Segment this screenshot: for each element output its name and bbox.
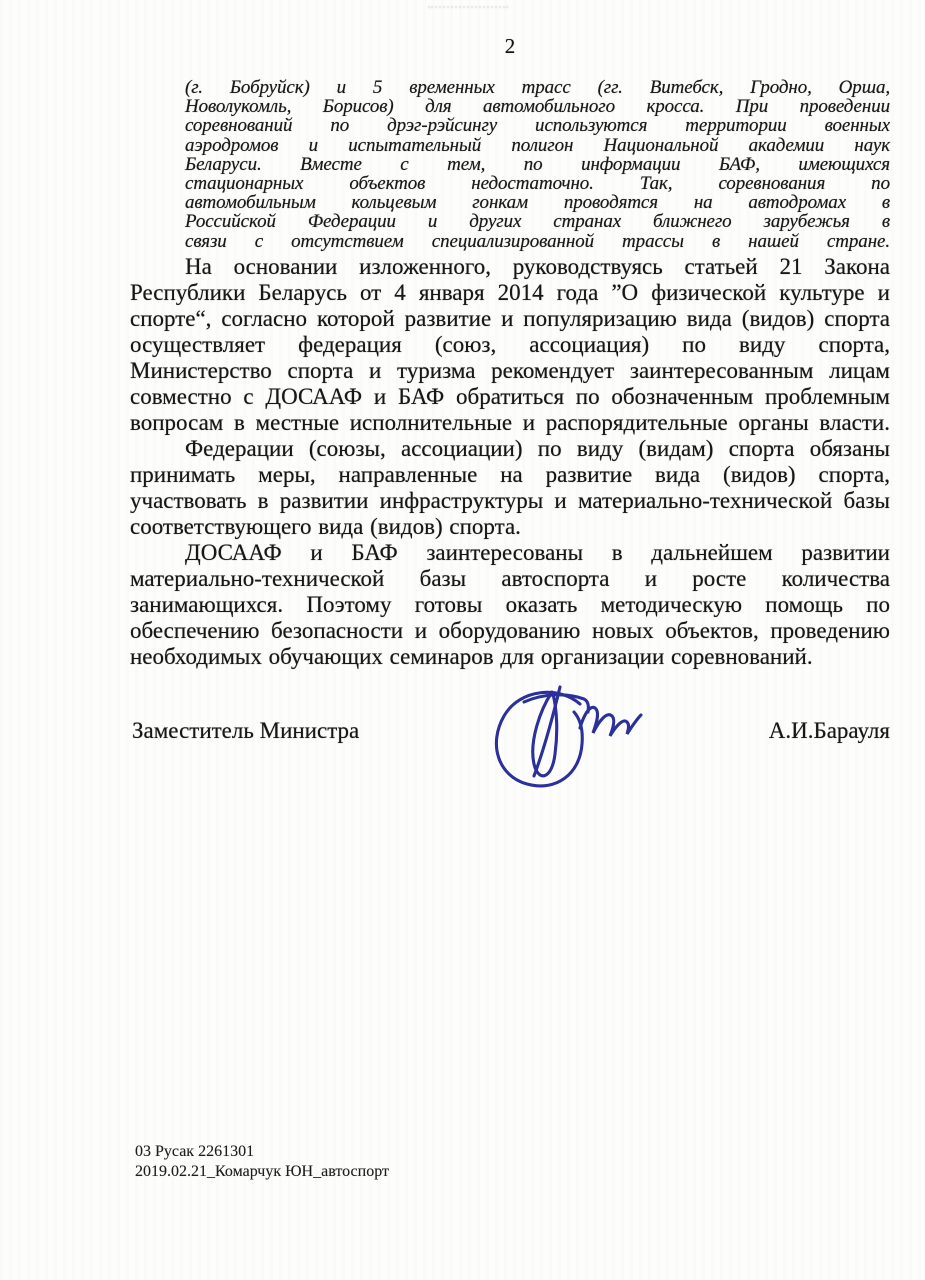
body-text-line: принимать меры, направленные на развитие… xyxy=(130,462,890,488)
paragraph-legal-basis: На основании изложенного, руководствуясь… xyxy=(130,254,890,436)
quote-text-line: Российской Федерации и других странах бл… xyxy=(185,212,890,231)
quote-text-line: автомобильным кольцевым гонкам проводятс… xyxy=(185,193,890,212)
quote-text-line: соревнований по дрэг-рэйсингу используют… xyxy=(185,116,890,135)
scanned-letter-page: 2 (г. Бобруйск) и 5 временных трасс (гг.… xyxy=(0,0,925,1280)
quote-text-line: Новолукомль, Борисов) для автомобильного… xyxy=(185,97,890,116)
body-text-line: необходимых обучающих семинаров для орга… xyxy=(130,644,890,670)
body-text-line: материально-технической базы автоспорта … xyxy=(130,566,890,592)
paragraph-dosaaf-baf: ДОСААФ и БАФ заинтересованы в дальнейшем… xyxy=(130,540,890,670)
body-text-line: На основании изложенного, руководствуясь… xyxy=(130,254,890,280)
signer-name: А.И.Барауля xyxy=(769,718,890,744)
quote-text-line: стационарных объектов недостаточно. Так,… xyxy=(185,174,890,193)
quote-text-line: связи с отсутствием специализированной т… xyxy=(185,232,890,251)
body-text-line: Федерации (союзы, ассоциации) по виду (в… xyxy=(130,436,890,462)
body-text-line: ДОСААФ и БАФ заинтересованы в дальнейшем… xyxy=(130,540,890,566)
handwritten-signature-icon xyxy=(482,682,694,794)
body-text-line: вопросам в местные исполнительные и расп… xyxy=(130,410,890,436)
quote-text-line: (г. Бобруйск) и 5 временных трасс (гг. В… xyxy=(185,78,890,97)
body-text-line: соответствующего вида (видов) спорта. xyxy=(130,514,890,540)
footer-reference-block: 03 Русак 2261301 2019.02.21_Комарчук ЮН_… xyxy=(135,1142,389,1182)
signer-position-title: Заместитель Министра xyxy=(132,718,359,744)
page-number: 2 xyxy=(130,34,890,58)
signature-block: Заместитель Министра А.И.Барауля xyxy=(130,686,890,800)
body-text-line: занимающихся. Поэтому готовы оказать мет… xyxy=(130,592,890,618)
body-text-line: Республики Беларусь от 4 января 2014 год… xyxy=(130,280,890,306)
body-text-line: спорте“, согласно которой развитие и поп… xyxy=(130,306,890,332)
footer-ref-line1: 03 Русак 2261301 xyxy=(135,1142,389,1162)
quote-text-line: Беларуси. Вместе с тем, по информации БА… xyxy=(185,155,890,174)
body-text-line: осуществляет федерация (союз, ассоциация… xyxy=(130,332,890,358)
body-text-line: Министерство спорта и туризма рекомендуе… xyxy=(130,358,890,384)
text-column: 2 (г. Бобруйск) и 5 временных трасс (гг.… xyxy=(130,0,890,800)
body-text-line: обеспечению безопасности и оборудованию … xyxy=(130,618,890,644)
quote-text-line: аэродромов и испытательный полигон Нацио… xyxy=(185,136,890,155)
quoted-passage: (г. Бобруйск) и 5 временных трасс (гг. В… xyxy=(185,78,890,251)
letter-body: На основании изложенного, руководствуясь… xyxy=(130,254,890,670)
footer-ref-line2: 2019.02.21_Комарчук ЮН_автоспорт xyxy=(135,1162,389,1182)
body-text-line: совместно с ДОСААФ и БАФ обратиться по о… xyxy=(130,384,890,410)
body-text-line: участвовать в развитии инфраструктуры и … xyxy=(130,488,890,514)
paragraph-federations-duties: Федерации (союзы, ассоциации) по виду (в… xyxy=(130,436,890,540)
